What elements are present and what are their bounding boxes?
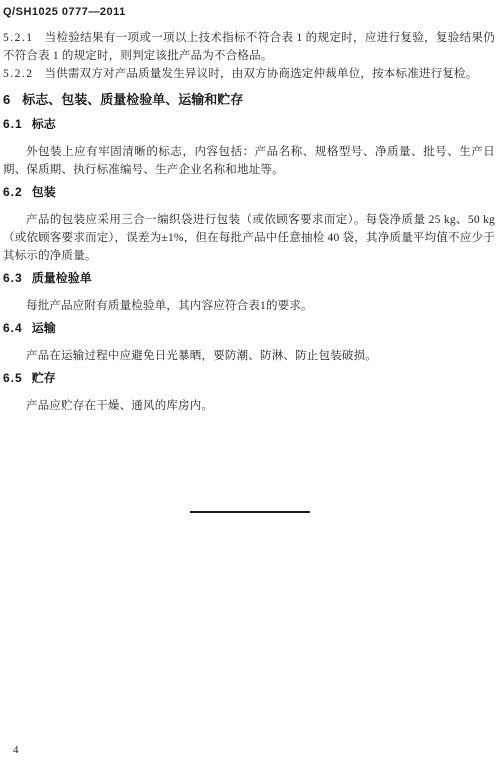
section-title: 质量检验单 — [32, 271, 92, 285]
page-content: 5.2.1当检验结果有一项或一项以上技术指标不符合表 1 的规定时，应进行复验，… — [3, 20, 495, 415]
section-body: 每批产品应附有质量检验单，其内容应符合表1的要求。 — [3, 297, 495, 315]
section-heading: 6.2包装 — [3, 186, 495, 199]
page-number: 4 — [13, 744, 19, 756]
clause-text: 当供需双方对产品质量发生异议时，由双方协商选定仲裁单位，按本标准进行复检。 — [45, 68, 478, 80]
document-page: Q/SH1025 0777—2011 5.2.1当检验结果有一项或一项以上技术指… — [0, 0, 500, 763]
section-6-2: 6.2包装 产品的包装应采用三合一编织袋进行包装（或依顾客要求而定）。每袋净质量… — [3, 186, 495, 265]
section-heading: 6.5贮存 — [3, 372, 495, 385]
section-number: 6.4 — [3, 321, 23, 335]
section-number: 6.3 — [3, 271, 23, 285]
clause-number: 5.2.1 — [3, 32, 34, 44]
running-head-standard-number: Q/SH1025 0777—2011 — [3, 6, 126, 18]
section-body: 外包装上应有牢固清晰的标志，内容包括：产品名称、规格型号、净质量、批号、生产日期… — [3, 143, 495, 179]
section-number: 6.2 — [3, 185, 23, 199]
clause-5-2-2: 5.2.2当供需双方对产品质量发生异议时，由双方协商选定仲裁单位，按本标准进行复… — [3, 65, 495, 83]
section-6-5: 6.5贮存 产品应贮存在干燥、通风的库房内。 — [3, 372, 495, 415]
section-6-1: 6.1标志 外包装上应有牢固清晰的标志，内容包括：产品名称、规格型号、净质量、批… — [3, 118, 495, 179]
clause-5-2-1: 5.2.1当检验结果有一项或一项以上技术指标不符合表 1 的规定时，应进行复验，… — [3, 29, 495, 65]
section-heading: 6.1标志 — [3, 118, 495, 131]
section-6-3: 6.3质量检验单 每批产品应附有质量检验单，其内容应符合表1的要求。 — [3, 272, 495, 315]
section-title: 标志 — [32, 117, 56, 131]
section-title: 包装 — [32, 185, 56, 199]
chapter-heading: 6标志、包装、质量检验单、运输和贮存 — [3, 93, 495, 107]
section-title: 运输 — [32, 321, 56, 335]
end-of-text-divider — [190, 511, 310, 513]
section-heading: 6.4运输 — [3, 322, 495, 335]
chapter-number: 6 — [3, 92, 10, 107]
section-body: 产品在运输过程中应避免日光暴晒，要防潮、防淋、防止包装破损。 — [3, 347, 495, 365]
clause-text: 当检验结果有一项或一项以上技术指标不符合表 1 的规定时，应进行复验，复验结果仍… — [3, 32, 495, 62]
section-title: 贮存 — [32, 371, 56, 385]
section-6-4: 6.4运输 产品在运输过程中应避免日光暴晒，要防潮、防淋、防止包装破损。 — [3, 322, 495, 365]
section-number: 6.5 — [3, 371, 23, 385]
section-body: 产品应贮存在干燥、通风的库房内。 — [3, 397, 495, 415]
section-body: 产品的包装应采用三合一编织袋进行包装（或依顾客要求而定）。每袋净质量 25 kg… — [3, 211, 495, 265]
chapter-title: 标志、包装、质量检验单、运输和贮存 — [22, 92, 243, 107]
section-number: 6.1 — [3, 117, 23, 131]
section-heading: 6.3质量检验单 — [3, 272, 495, 285]
clause-number: 5.2.2 — [3, 68, 34, 80]
